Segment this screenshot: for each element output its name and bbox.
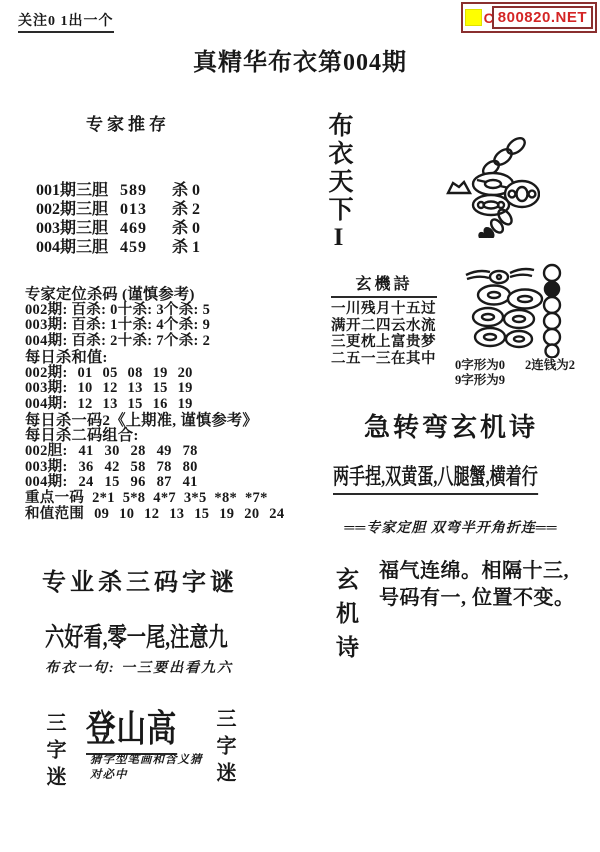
position-kill-row: 003期: 百杀: 1十杀: 4个杀: 9 <box>25 318 284 334</box>
note-line: 对必中 <box>90 768 203 783</box>
caption-linked-coins: 2连钱为2 <box>525 358 575 373</box>
table-row: 001期三胆 589 杀 0 <box>36 181 200 200</box>
daily-kill-two-row: 004期: 24 15 96 87 41 <box>25 475 284 491</box>
figure-captions: 0字形为0 2连钱为2 9字形为9 <box>455 358 575 388</box>
key-one-code-line: 重点一码 2*1 5*8 4*7 3*5 *8* *7* <box>25 491 284 507</box>
kill-value: 杀 0 <box>172 219 200 238</box>
daily-kill-sum-row: 002期: 01 05 08 19 20 <box>25 366 284 382</box>
three-char-riddle-label-right: 三字迷 <box>210 708 239 789</box>
mystery-poem-title: 玄機詩 <box>331 271 437 298</box>
period-label: 002期三胆 <box>36 200 120 219</box>
daily-kill-two-row: 002胆: 41 30 28 49 78 <box>25 444 284 460</box>
expert-recommend-title: 专家推存 <box>86 110 170 135</box>
caption-zero-shape: 0字形为0 <box>455 358 505 373</box>
coin-rebus-figure-1 <box>436 134 540 238</box>
poem-line: 一川残月十五过 <box>331 301 437 318</box>
dan-numbers: 589 <box>120 181 172 200</box>
sharp-turn-poem-title: 急转弯玄机诗 <box>320 407 582 444</box>
dan-numbers: 013 <box>120 200 172 219</box>
table-row: 002期三胆 013 杀 2 <box>36 200 200 219</box>
poem-line: 二五一三在其中 <box>331 351 437 368</box>
dan-numbers: 469 <box>120 219 172 238</box>
riddle-hint-line: 布衣一句: 一三要出看九六 <box>45 657 233 677</box>
position-kill-row: 004期: 百杀: 2十杀: 7个杀: 2 <box>25 334 284 350</box>
site-badge: C 800820.NET <box>461 2 597 33</box>
riddle-main-line: 六好看,零一尾,注意九 <box>45 617 228 654</box>
expert-recommend-table: 001期三胆 589 杀 0 002期三胆 013 杀 2 003期三胆 469… <box>36 181 200 257</box>
expert-dan-footer-line: ══专家定胆 双弯半开角折连══ <box>318 517 584 537</box>
dan-numbers: 459 <box>120 238 172 257</box>
site-url-text: 800820.NET <box>492 6 593 29</box>
kill-value: 杀 0 <box>172 181 200 200</box>
yellow-square-icon <box>465 9 482 26</box>
period-label: 001期三胆 <box>36 181 120 200</box>
kill-codes-section: 专家定位杀码 (谨慎参考) 002期: 百杀: 0十杀: 3个杀: 5 003期… <box>25 287 284 523</box>
kill-value: 杀 2 <box>172 200 200 219</box>
daily-kill-sum-title: 每日杀和值: <box>25 350 284 366</box>
top-left-note: 关注0 1出一个 <box>18 10 114 33</box>
kill-value: 杀 1 <box>172 238 200 257</box>
period-label: 003期三胆 <box>36 219 120 238</box>
sharp-turn-poem-line: 两手捏,双黄蛋,八腿蟹,横着行 <box>333 460 538 495</box>
buyi-tianxia-vertical-title: 布衣天下I <box>320 112 356 254</box>
three-char-riddle-answer: 登山高 <box>86 698 177 755</box>
lottery-sheet-page: 关注0 1出一个 C 800820.NET 真精华布衣第004期 专家推存 00… <box>0 0 600 852</box>
mystery-poem-box: 玄機詩 一川残月十五过 满开二四云水流 三更枕上富贵梦 二五一三在其中 <box>331 271 437 367</box>
coin-rebus-figure-2 <box>452 262 564 358</box>
position-kill-title: 专家定位杀码 (谨慎参考) <box>25 287 284 303</box>
daily-kill-sum-row: 003期: 10 12 13 15 19 <box>25 381 284 397</box>
page-title: 真精华布衣第004期 <box>0 42 600 77</box>
daily-kill-two-title: 每日杀二码组合: <box>25 428 284 444</box>
table-row: 003期三胆 469 杀 0 <box>36 219 200 238</box>
three-char-riddle-label-left: 三字迷 <box>40 712 69 793</box>
note-line: 猜字型笔画和含义猜 <box>90 753 203 768</box>
caption-nine-shape: 9字形为9 <box>455 373 575 388</box>
poem-line: 满开二四云水流 <box>331 318 437 335</box>
three-char-riddle-note: 猜字型笔画和含义猜 对必中 <box>90 753 203 783</box>
poem-line: 福气连绵。相隔十三, <box>379 558 575 585</box>
bottom-poem-vertical-label: 玄机诗 <box>329 567 362 669</box>
poem-line: 号码有一, 位置不变。 <box>379 585 575 612</box>
table-row: 004期三胆 459 杀 1 <box>36 238 200 257</box>
bottom-poem-text: 福气连绵。相隔十三, 号码有一, 位置不变。 <box>379 558 575 612</box>
daily-kill-sum-row: 004期: 12 13 15 16 19 <box>25 397 284 413</box>
period-label: 004期三胆 <box>36 238 120 257</box>
daily-kill-one-line: 每日杀一码2《上期准, 谨慎参考》 <box>25 413 284 429</box>
sum-range-line: 和值范围 09 10 12 13 15 19 20 24 <box>25 507 284 523</box>
poem-line: 三更枕上富贵梦 <box>331 334 437 351</box>
riddle-title: 专业杀三码字谜 <box>40 562 240 597</box>
